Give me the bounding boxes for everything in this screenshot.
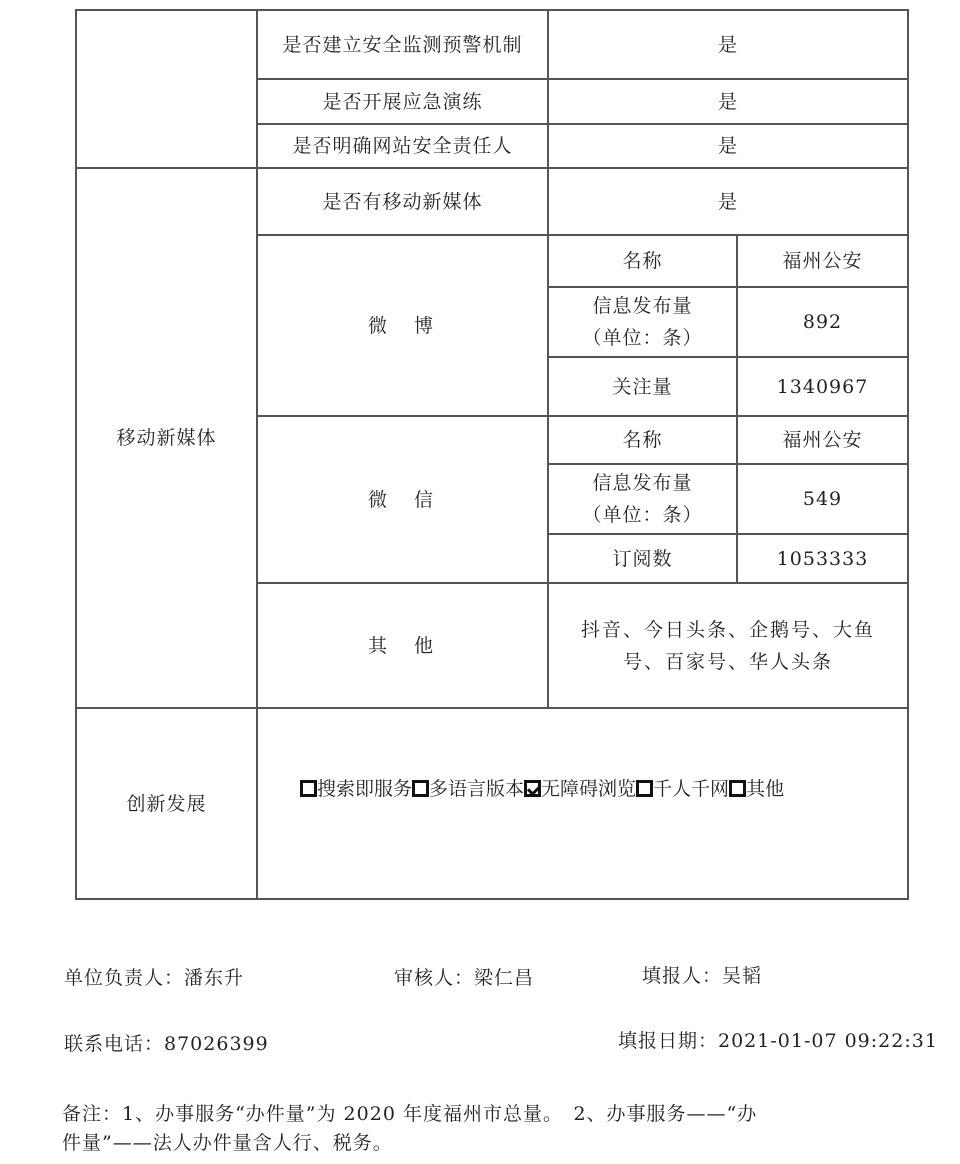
unit-head: 单位负责人：潘东升 [64, 963, 244, 990]
option-label: 多语言版本 [429, 778, 524, 800]
option-personalized[interactable]: 千人千网 [636, 778, 729, 800]
security-monitoring-label: 是否建立安全监测预警机制 [283, 29, 523, 61]
option-accessibility[interactable]: 无障碍浏览 [524, 778, 636, 800]
weibo-name-label: 名称 [549, 236, 736, 286]
security-row-label: 是否建立安全监测预警机制 [258, 11, 547, 78]
note-line-1: 备注：1、办事服务“办件量”为 2020 年度福州市总量。 2、办事服务——“办 [62, 1099, 757, 1126]
weibo-posts-label: 信息发布量（单位：条） [549, 288, 736, 356]
wechat-posts-value: 549 [738, 465, 907, 533]
weibo-label: 微 博 [258, 236, 547, 415]
other-media-text: 抖音、今日头条、企鹅号、大鱼号、百家号、华人头条 [563, 614, 893, 678]
wechat-name-label: 名称 [549, 417, 736, 463]
option-label: 其他 [746, 778, 784, 800]
option-label: 搜索即服务 [317, 778, 412, 800]
weibo-name-value: 福州公安 [738, 236, 907, 286]
option-search-service[interactable]: 搜索即服务 [300, 778, 412, 800]
note-line-2: 件量”——法人办件量含人行、税务。 [62, 1128, 393, 1155]
wechat-subscribers-label: 订阅数 [549, 535, 736, 582]
checkbox-unchecked-icon[interactable] [729, 780, 746, 797]
contact-phone: 联系电话：87026399 [64, 1029, 269, 1056]
wechat-posts-label: 信息发布量（单位：条） [549, 465, 736, 533]
checkbox-unchecked-icon[interactable] [636, 780, 653, 797]
responsible-person-label: 是否明确网站安全责任人 [258, 125, 547, 167]
weibo-followers-value: 1340967 [738, 358, 907, 415]
option-label: 无障碍浏览 [541, 778, 636, 800]
wechat-posts-label-text: 信息发布量（单位：条） [578, 467, 708, 531]
has-mobile-media-value: 是 [549, 169, 907, 234]
wechat-label: 微 信 [258, 417, 547, 582]
weibo-posts-label-text: 信息发布量（单位：条） [578, 290, 708, 354]
wechat-subscribers-value: 1053333 [738, 535, 907, 582]
other-media-value: 抖音、今日头条、企鹅号、大鱼号、百家号、华人头条 [549, 584, 907, 707]
checkbox-unchecked-icon[interactable] [412, 780, 429, 797]
innovation-options: 搜索即服务多语言版本无障碍浏览千人千网其他 [300, 774, 784, 801]
checkbox-checked-icon[interactable] [524, 780, 541, 797]
emergency-drill-label: 是否开展应急演练 [258, 80, 547, 123]
option-label: 千人千网 [653, 778, 729, 800]
option-multilingual[interactable]: 多语言版本 [412, 778, 524, 800]
checkbox-unchecked-icon[interactable] [300, 780, 317, 797]
fill-date: 填报日期：2021-01-07 09:22:31 [618, 1026, 938, 1053]
weibo-posts-value: 892 [738, 288, 907, 356]
security-monitoring-value: 是 [549, 11, 907, 78]
option-other[interactable]: 其他 [729, 778, 784, 800]
responsible-person-value: 是 [549, 125, 907, 167]
has-mobile-media-label: 是否有移动新媒体 [258, 169, 547, 234]
weibo-followers-label: 关注量 [549, 358, 736, 415]
mobile-media-section-label: 移动新媒体 [77, 169, 256, 707]
wechat-name-value: 福州公安 [738, 417, 907, 463]
filler: 填报人：吴韬 [642, 961, 762, 988]
innovation-section-label: 创新发展 [77, 709, 256, 898]
emergency-drill-value: 是 [549, 80, 907, 123]
reviewer: 审核人：梁仁昌 [394, 963, 534, 990]
other-media-label: 其 他 [258, 584, 547, 707]
